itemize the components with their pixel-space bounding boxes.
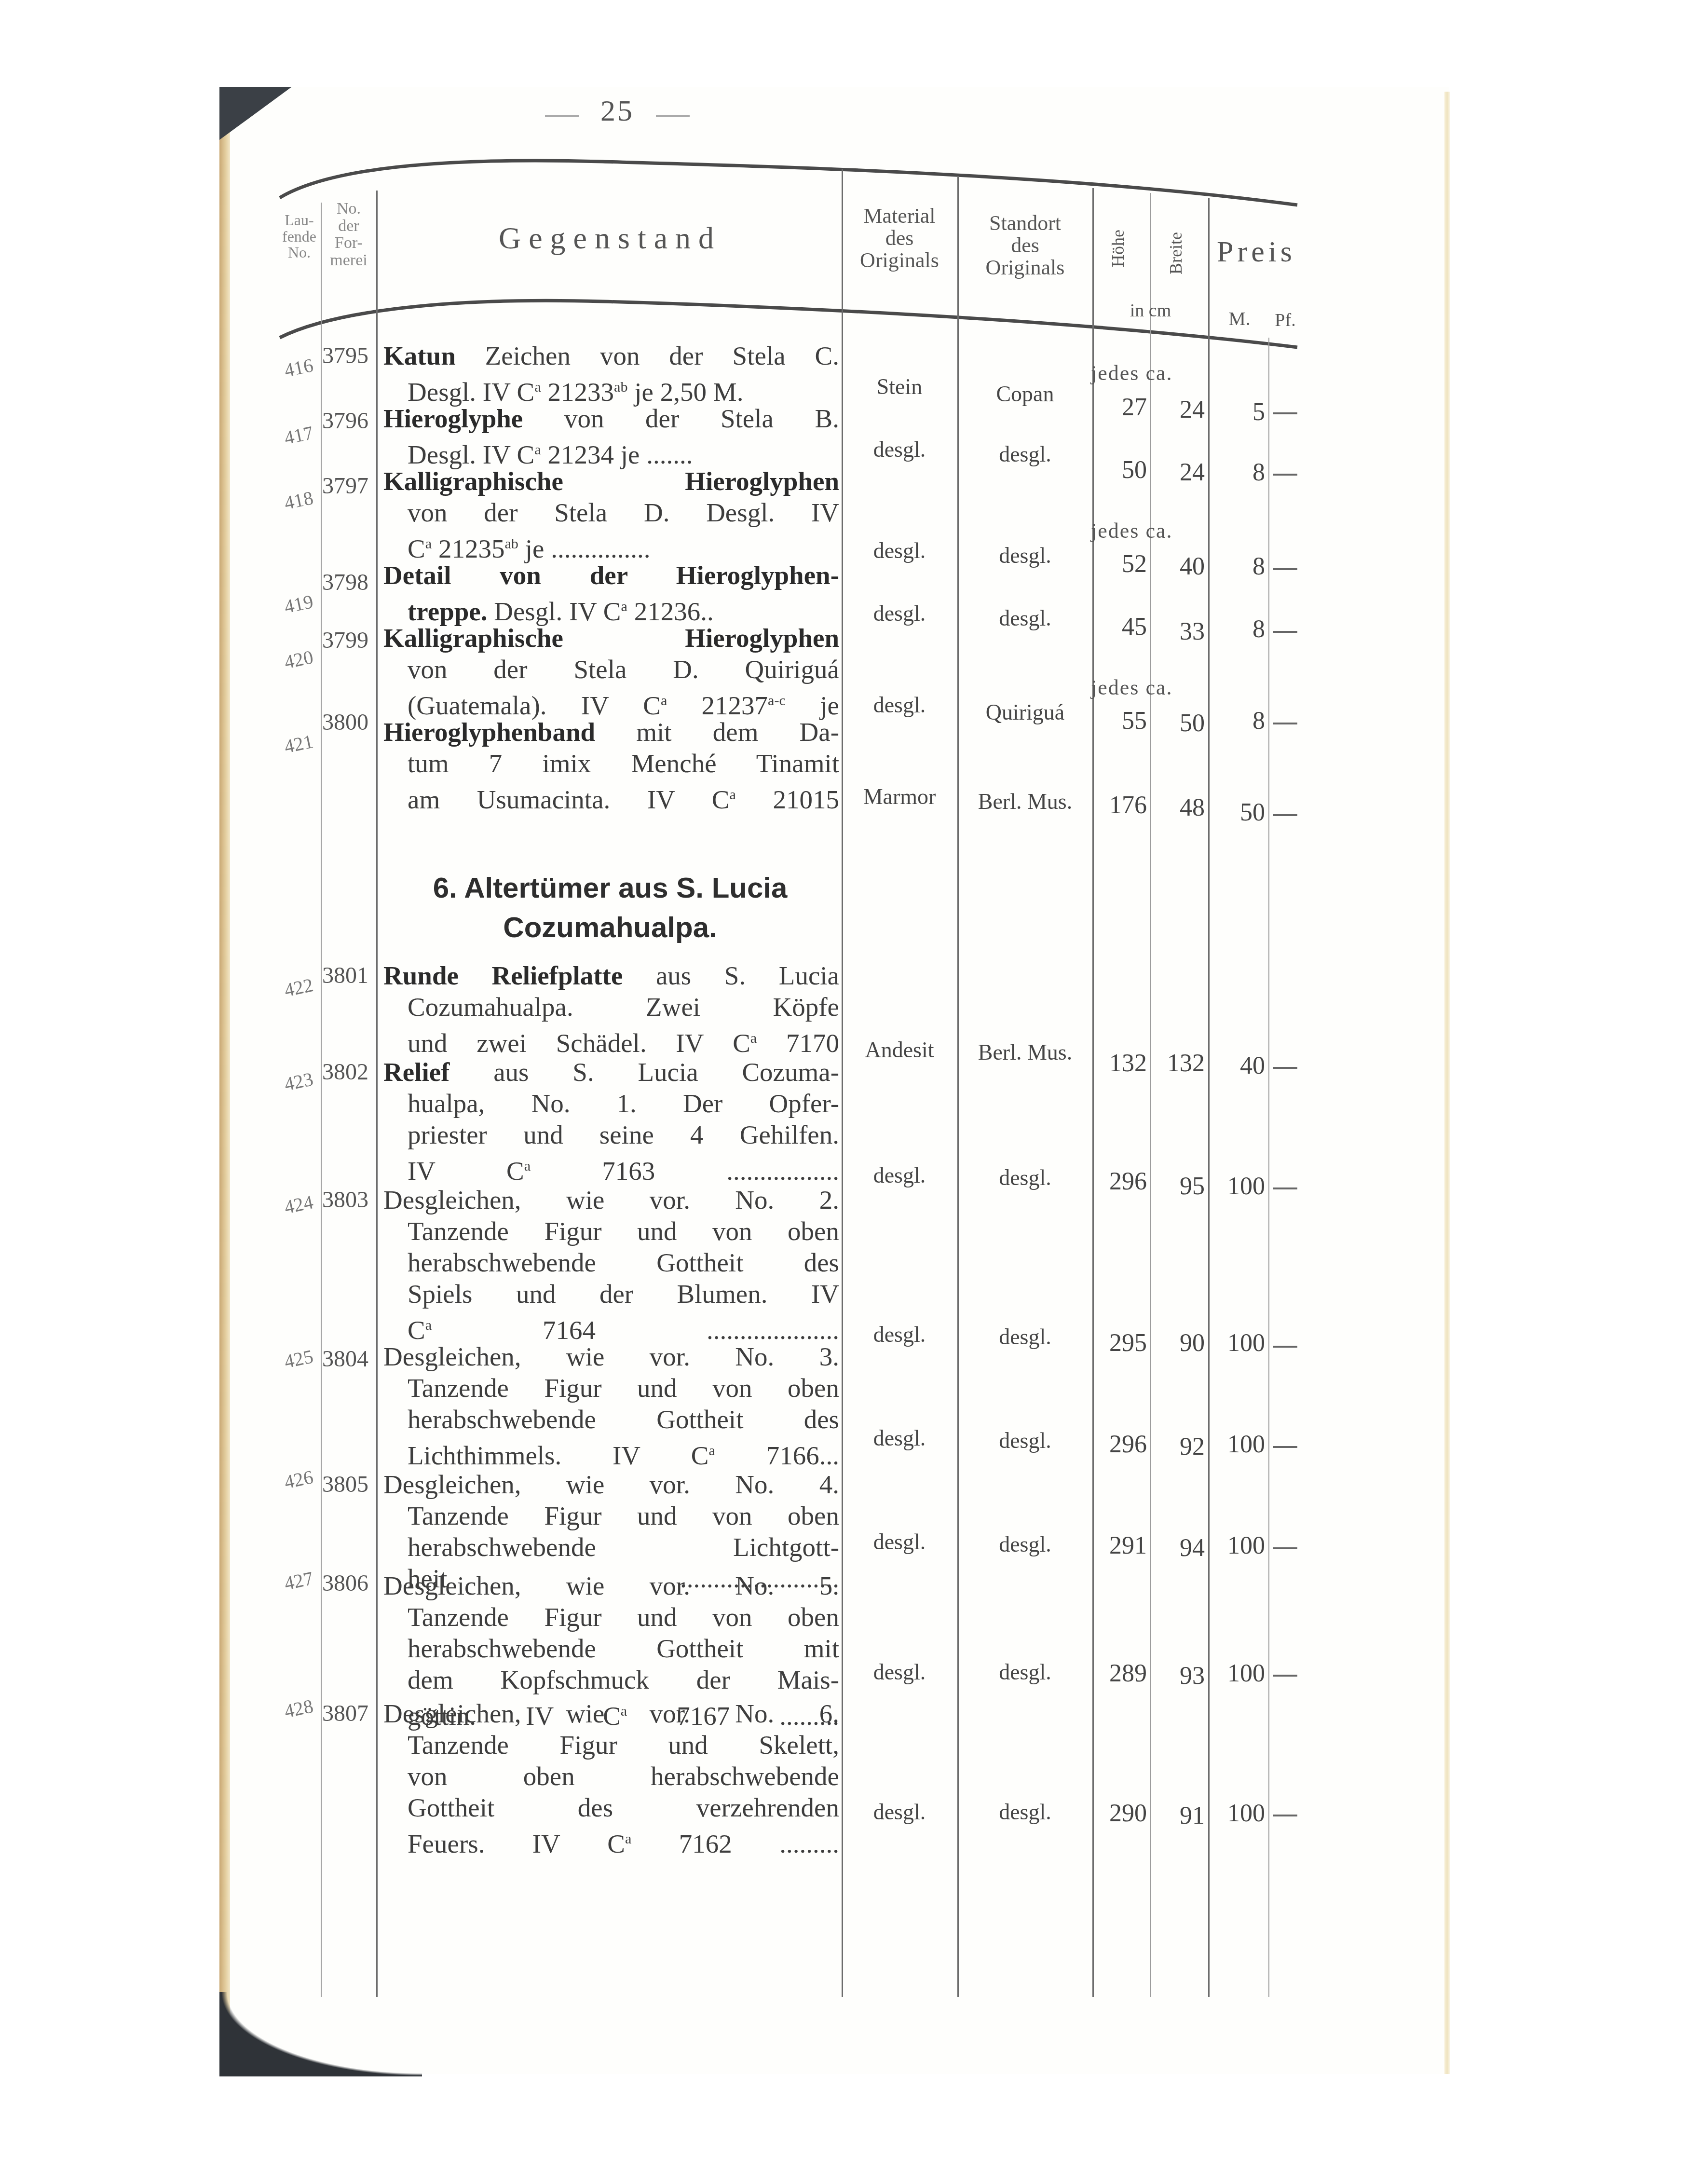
preis-mark: 8 <box>1210 458 1265 487</box>
hoehe: 55 <box>1094 707 1147 735</box>
col-divider-form <box>376 191 378 1997</box>
hoehe: 132 <box>1094 1049 1147 1078</box>
material: desgl. <box>844 538 955 563</box>
header-standort: StandortdesOriginals <box>959 212 1091 279</box>
standort: desgl. <box>959 605 1091 631</box>
hoehe: 290 <box>1094 1799 1147 1828</box>
preis-mark: 5 <box>1210 398 1265 426</box>
breite: 94 <box>1152 1534 1205 1562</box>
formerei-no: 3806 <box>322 1570 368 1597</box>
item-description: Hieroglyphenband mit dem Da- tum 7 imix … <box>383 716 839 815</box>
formerei-no: 3805 <box>322 1471 368 1498</box>
formerei-no: 3802 <box>322 1059 368 1085</box>
dimension-note: jedes ca. <box>1091 675 1207 700</box>
breite: 24 <box>1152 396 1205 424</box>
standort: Berl. Mus. <box>959 1039 1091 1065</box>
preis-mark: 8 <box>1210 552 1265 581</box>
standort: Berl. Mus. <box>959 789 1091 814</box>
breite: 132 <box>1152 1049 1205 1078</box>
preis-pfennig-dash <box>1273 1188 1297 1189</box>
breite: 50 <box>1152 709 1205 737</box>
hoehe: 295 <box>1094 1329 1147 1357</box>
header-material: MaterialdesOriginals <box>844 205 955 272</box>
header-preis-mark: M. <box>1215 309 1264 329</box>
standort: Copan <box>959 381 1091 407</box>
formerei-no: 3796 <box>322 408 368 434</box>
standort: desgl. <box>959 1531 1091 1557</box>
preis-mark: 100 <box>1210 1659 1265 1688</box>
formerei-no: 3804 <box>322 1346 368 1372</box>
breite: 48 <box>1152 793 1205 822</box>
material: desgl. <box>844 692 955 718</box>
formerei-no: 3798 <box>322 569 368 596</box>
header-lfd-no: Lau-fendeNo. <box>279 212 320 261</box>
preis-pfennig-dash <box>1273 568 1297 570</box>
item-description: Kalligraphische Hieroglyphen von der Ste… <box>383 465 839 564</box>
standort: desgl. <box>959 1165 1091 1190</box>
formerei-no: 3803 <box>322 1187 368 1213</box>
item-description: Hieroglyphe von der Stela B. Desgl. IV C… <box>383 403 839 470</box>
material: Stein <box>844 374 955 399</box>
preis-mark: 100 <box>1210 1329 1265 1357</box>
hoehe: 289 <box>1094 1659 1147 1688</box>
standort: Quiriguá <box>959 699 1091 725</box>
preis-pfennig-dash <box>1273 1815 1297 1816</box>
material: desgl. <box>844 1425 955 1451</box>
table-rules <box>0 0 1688 2184</box>
item-description: Desgleichen, wie vor. No. 6. Tanzende Fi… <box>383 1698 839 1859</box>
section-heading: 6. Altertümer aus S. Lucia Cozumahualpa. <box>381 868 839 947</box>
breite: 92 <box>1152 1433 1205 1461</box>
preis-pfennig-dash <box>1273 723 1297 724</box>
preis-mark: 50 <box>1210 798 1265 827</box>
breite: 40 <box>1152 552 1205 581</box>
standort: desgl. <box>959 1324 1091 1350</box>
breite: 24 <box>1152 458 1205 487</box>
col-divider-hoehe <box>1150 193 1151 1997</box>
item-description: Runde Reliefplatte aus S. Lucia Cozumahu… <box>383 960 839 1059</box>
material: desgl. <box>844 1162 955 1188</box>
standort: desgl. <box>959 1799 1091 1825</box>
item-description: Relief aus S. Lucia Cozuma- hualpa, No. … <box>383 1056 839 1187</box>
hoehe: 291 <box>1094 1531 1147 1560</box>
header-gegenstand: Gegenstand <box>381 222 839 254</box>
breite: 33 <box>1152 617 1205 646</box>
header-dim-unit: in cm <box>1094 301 1207 321</box>
item-description: Desgleichen, wie vor. No. 3. Tanzende Fi… <box>383 1341 839 1471</box>
material: desgl. <box>844 1529 955 1555</box>
preis-pfennig-dash <box>1273 1675 1297 1677</box>
standort: desgl. <box>959 543 1091 568</box>
item-description: Desgleichen, wie vor. No. 2. Tanzende Fi… <box>383 1184 839 1346</box>
col-divider-gegenstand <box>842 169 843 1997</box>
item-description: Detail von der Hieroglyphen- treppe. Des… <box>383 560 839 627</box>
preis-mark: 100 <box>1210 1430 1265 1459</box>
header-preis: Preis <box>1211 236 1302 268</box>
material: desgl. <box>844 1799 955 1825</box>
breite: 91 <box>1152 1802 1205 1830</box>
col-divider-lfd <box>321 203 322 1997</box>
formerei-no: 3797 <box>322 473 368 499</box>
header-breite: Breite <box>1167 215 1185 292</box>
hoehe: 296 <box>1094 1167 1147 1196</box>
preis-pfennig-dash <box>1273 1346 1297 1348</box>
preis-mark: 8 <box>1210 615 1265 643</box>
breite: 95 <box>1152 1172 1205 1201</box>
preis-pfennig-dash <box>1273 814 1297 816</box>
material: desgl. <box>844 1322 955 1347</box>
formerei-no: 3801 <box>322 962 368 989</box>
material: Marmor <box>844 784 955 809</box>
breite: 90 <box>1152 1329 1205 1357</box>
formerei-no: 3800 <box>322 709 368 736</box>
col-divider-preis <box>1268 338 1269 1997</box>
dimension-note: jedes ca. <box>1091 519 1207 543</box>
breite: 93 <box>1152 1662 1205 1690</box>
hoehe: 27 <box>1094 393 1147 422</box>
header-preis-pfennig: Pf. <box>1271 311 1300 330</box>
hoehe: 52 <box>1094 550 1147 578</box>
formerei-no: 3795 <box>322 342 368 369</box>
item-description: Katun Zeichen von der Stela C. Desgl. IV… <box>383 340 839 408</box>
item-description: Kalligraphische Hieroglyphen von der Ste… <box>383 622 839 721</box>
standort: desgl. <box>959 1428 1091 1453</box>
preis-mark: 100 <box>1210 1531 1265 1560</box>
preis-pfennig-dash <box>1273 412 1297 414</box>
material: desgl. <box>844 1659 955 1685</box>
preis-pfennig-dash <box>1273 1067 1297 1069</box>
standort: desgl. <box>959 441 1091 467</box>
material: Andesit <box>844 1037 955 1063</box>
material: desgl. <box>844 437 955 462</box>
preis-mark: 8 <box>1210 707 1265 735</box>
hoehe: 176 <box>1094 791 1147 819</box>
dimension-note: jedes ca. <box>1091 361 1207 385</box>
hoehe: 45 <box>1094 613 1147 641</box>
material: desgl. <box>844 601 955 626</box>
formerei-no: 3807 <box>322 1700 368 1727</box>
header-formerei-no: No.derFor-merei <box>322 200 375 269</box>
formerei-no: 3799 <box>322 627 368 654</box>
preis-pfennig-dash <box>1273 631 1297 633</box>
preis-mark: 40 <box>1210 1051 1265 1080</box>
hoehe: 50 <box>1094 456 1147 484</box>
preis-mark: 100 <box>1210 1172 1265 1201</box>
header-hoehe: Höhe <box>1109 212 1128 285</box>
preis-pfennig-dash <box>1273 474 1297 476</box>
preis-pfennig-dash <box>1273 1547 1297 1549</box>
standort: desgl. <box>959 1659 1091 1685</box>
preis-pfennig-dash <box>1273 1446 1297 1448</box>
preis-mark: 100 <box>1210 1799 1265 1828</box>
hoehe: 296 <box>1094 1430 1147 1459</box>
